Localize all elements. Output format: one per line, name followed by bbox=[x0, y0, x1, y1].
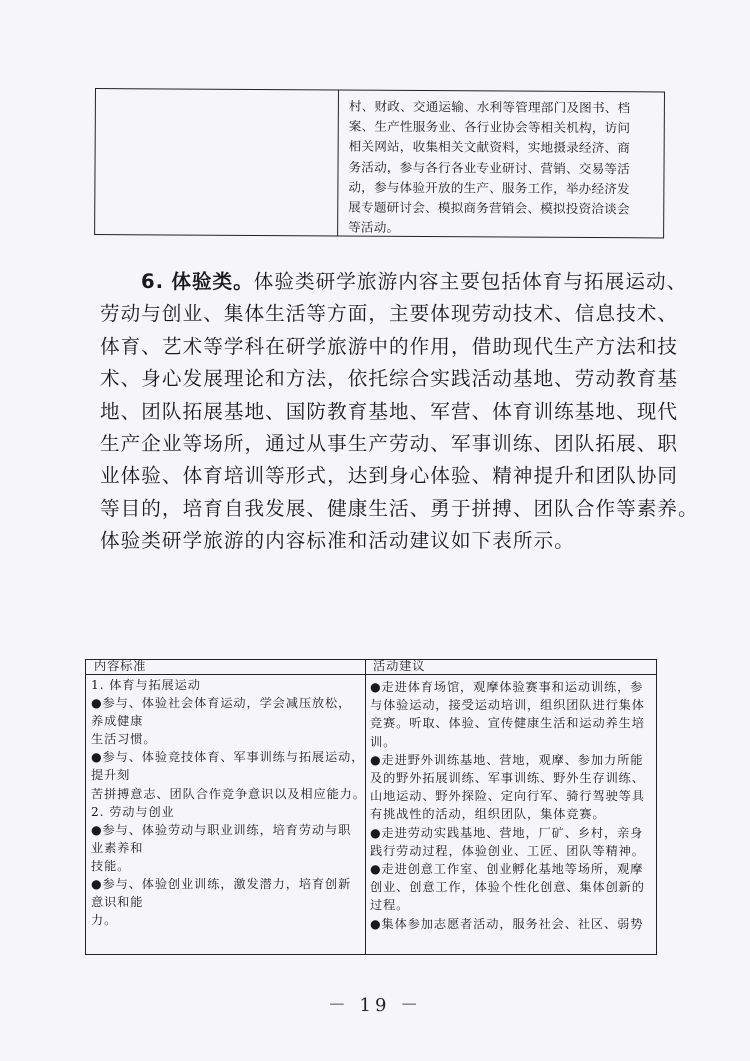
header-content-standard: 内容标准 bbox=[94, 658, 146, 674]
paragraph-line: 术、身心发展理论和方法，依托综合实践活动基地、劳动教育基 bbox=[100, 363, 680, 395]
content-standard-cell: 1. 体育与拓展运动 ●参与、体验社会体育运动，学会减压放松， 养成健康 生活习… bbox=[91, 676, 361, 929]
cell-line: 村、财政、交通运输、水利等管理部门及图书、档 bbox=[349, 97, 661, 119]
cell-line: 力。 bbox=[91, 911, 361, 929]
cell-line: 展专题研讨会、模拟商务营销会、模拟投资洽谈会 bbox=[348, 198, 660, 220]
table-header-row bbox=[86, 660, 656, 675]
cell-line: ●走进体育场馆，观摩体验赛事和运动训练，参 bbox=[370, 678, 655, 696]
cell-line: 及的野外拓展训练、军事训练、野外生存训练、 bbox=[370, 769, 655, 787]
cell-line: ●参与、体验创业训练，激发潜力，培育创新 bbox=[91, 875, 361, 893]
cell-line: ●走进创意工作室、创业孵化基地等场所，观摩 bbox=[370, 860, 655, 878]
cell-line: 等活动。 bbox=[348, 218, 660, 240]
page-number: － 19 － bbox=[0, 991, 750, 1017]
experience-table: 内容标准 活动建议 1. 体育与拓展运动 ●参与、体验社会体育运动，学会减压放松… bbox=[85, 659, 657, 955]
cell-line: 案、生产性服务业、各行业协会等相关机构，访问 bbox=[349, 117, 661, 139]
cell-line: 动，参与体验开放的生产、服务工作，举办经济发 bbox=[348, 177, 660, 199]
cell-line: ●参与、体验劳动与职业训练，培育劳动与职 bbox=[91, 821, 361, 839]
cell-line: 山地运动、野外探险、定向行军、骑行驾驶等具 bbox=[370, 787, 655, 805]
cell-line: 有挑战性的活动，组织团队，集体竞赛。 bbox=[370, 805, 655, 823]
continued-table-right-cell: 村、财政、交通运输、水利等管理部门及图书、档 案、生产性服务业、各行业协会等相关… bbox=[338, 90, 664, 237]
paragraph-line: 等目的，培育自我发展、健康生活、勇于拼搏、团队合作等素养。 bbox=[100, 493, 680, 525]
continued-table: 村、财政、交通运输、水利等管理部门及图书、档 案、生产性服务业、各行业协会等相关… bbox=[94, 88, 665, 238]
cell-line: 意识和能 bbox=[91, 893, 361, 911]
cell-line: ●参与、体验竞技体育、军事训练与拓展运动， bbox=[91, 748, 361, 766]
cell-line: 相关网站，收集相关文献资料，实地摄录经济、商 bbox=[349, 137, 661, 159]
cell-line: 养成健康 bbox=[91, 712, 361, 730]
section-heading: 体验类。 bbox=[171, 270, 253, 293]
cell-line: 业素养和 bbox=[91, 839, 361, 857]
paragraph-line: 体验类研学旅游的内容标准和活动建议如下表所示。 bbox=[100, 525, 680, 557]
cell-line: 2. 劳动与创业 bbox=[91, 803, 361, 821]
cell-line: ●走进劳动实践基地、营地，厂矿、乡村，亲身 bbox=[370, 824, 655, 842]
activity-suggestion-cell: ●走进体育场馆，观摩体验赛事和运动训练，参 与体验运动，接受运动培训，组织团队进… bbox=[370, 678, 655, 933]
cell-line: 践行劳动过程，体验创业、工匠、团队等精神。 bbox=[370, 842, 655, 860]
cell-line: 过程。 bbox=[370, 896, 655, 914]
cell-line: 生活习惯。 bbox=[91, 730, 361, 748]
paragraph-line: 6. 体验类。体验类研学旅游内容主要包括体育与拓展运动、 bbox=[100, 266, 680, 298]
header-activity-suggestion: 活动建议 bbox=[373, 658, 425, 674]
cell-line: 1. 体育与拓展运动 bbox=[91, 676, 361, 694]
section-number: 6. bbox=[141, 270, 164, 293]
paragraph-line: 劳动与创业、集体生活等方面，主要体现劳动技术、信息技术、 bbox=[100, 298, 680, 330]
cell-line: 务活动，参与各行各业专业研讨、营销、交易等活 bbox=[348, 157, 660, 179]
cell-line: ●参与、体验社会体育运动，学会减压放松， bbox=[91, 694, 361, 712]
cell-line: 创业、创意工作，体验个性化创意、集体创新的 bbox=[370, 878, 655, 896]
cell-line: 与体验运动，接受运动培训，组织团队进行集体 bbox=[370, 696, 655, 714]
cell-line: ●走进野外训练基地、营地，观摩、参加力所能 bbox=[370, 751, 655, 769]
paragraph-line: 生产企业等场所，通过从事生产劳动、军事训练、团队拓展、职 bbox=[100, 428, 680, 460]
cell-line: 竞赛。听取、体验、宣传健康生活和运动养生培 bbox=[370, 714, 655, 732]
paragraph-line: 体育、艺术等学科在研学旅游中的作用，借助现代生产方法和技 bbox=[100, 331, 680, 363]
cell-line: ●集体参加志愿者活动，服务社会、社区、弱势 bbox=[370, 915, 655, 933]
continued-table-left-cell bbox=[95, 89, 339, 235]
paragraph-line: 业体验、体育培训等形式，达到身心体验、精神提升和团队协同 bbox=[100, 460, 680, 492]
cell-line: 技能。 bbox=[91, 857, 361, 875]
column-divider bbox=[365, 660, 366, 954]
paragraph-line: 地、团队拓展基地、国防教育基地、军营、体育训练基地、现代 bbox=[100, 396, 680, 428]
section-paragraph: 6. 体验类。体验类研学旅游内容主要包括体育与拓展运动、 劳动与创业、集体生活等… bbox=[100, 266, 680, 558]
cell-line: 提升刻 bbox=[91, 766, 361, 784]
cell-line: 训。 bbox=[370, 733, 655, 751]
cell-line: 苦拼搏意志、团队合作竞争意识以及相应能力。 bbox=[91, 785, 361, 803]
